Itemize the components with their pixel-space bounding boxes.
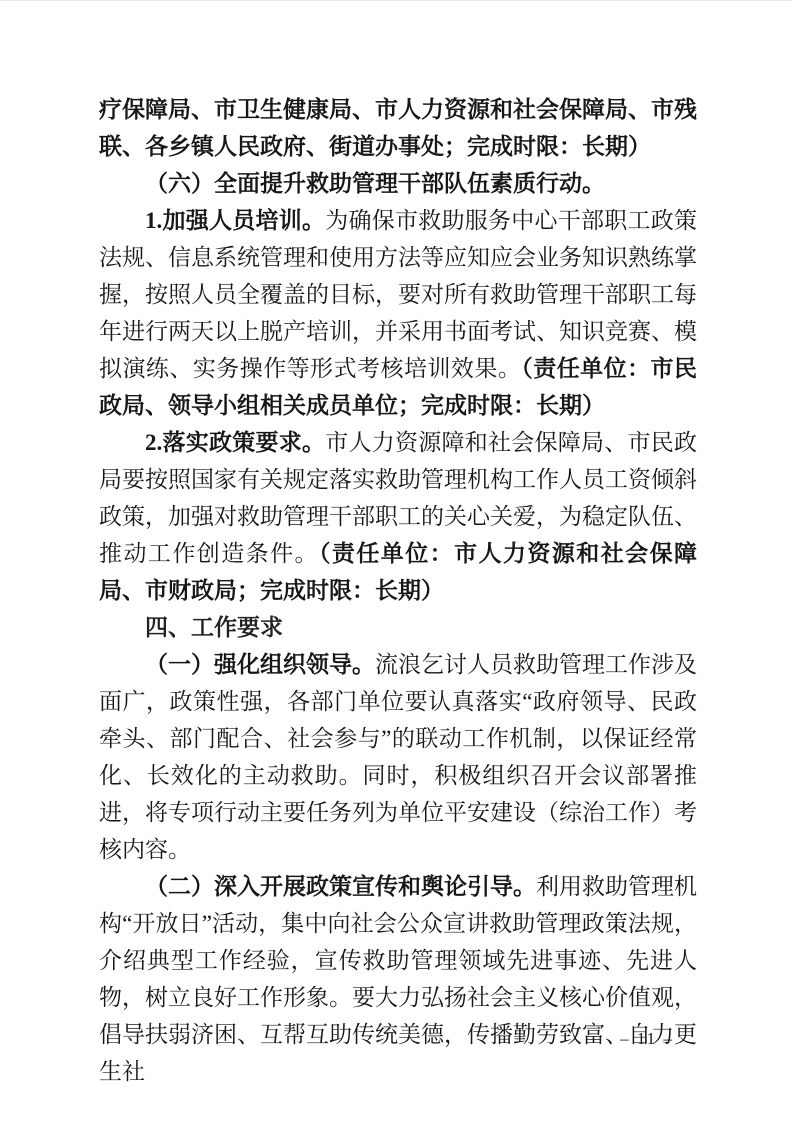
text-segment: 利用救助管理机构“开放日”活动，集中向社会公众宣讲救助管理政策法规，介绍典型工作… [99,874,697,1084]
heading-section-four: 四、工作要求 [99,609,697,646]
text-segment: 1.加强人员培训。 [145,208,325,233]
page-number: – 11 – [612,1029,682,1049]
para-continuation-responsibility: 疗保障局、市卫生健康局、市人力资源和社会保障局、市残联、各乡镇人民政府、街道办事… [99,91,697,165]
para-implement-policy: 2.落实政策要求。市人力资源障和社会保障局、市民政局要按照国家有关规定落实救助管… [99,424,697,609]
para-strengthen-training: 1.加强人员培训。为确保市救助服务中心干部职工政策法规、信息系统管理和使用方法等… [99,202,697,424]
text-segment: 四、工作要求 [145,614,283,640]
text-segment: （一）强化组织领导。 [145,652,375,677]
para-org-leadership: （一）强化组织领导。流浪乞讨人员救助管理工作涉及面广，政策性强，各部门单位要认真… [99,646,697,868]
heading-action-six: （六）全面提升救助管理干部队伍素质行动。 [99,165,697,202]
para-publicity-guidance: （二）深入开展政策宣传和舆论引导。利用救助管理机构“开放日”活动，集中向社会公众… [99,868,697,1090]
document-page: 疗保障局、市卫生健康局、市人力资源和社会保障局、市残联、各乡镇人民政府、街道办事… [0,0,793,1122]
text-segment: 2.落实政策要求。 [145,430,325,455]
text-segment: （二）深入开展政策宣传和舆论引导。 [145,874,536,899]
text-segment: 流浪乞讨人员救助管理工作涉及面广，政策性强，各部门单位要认真落实“政府领导、民政… [99,652,697,862]
document-body: 疗保障局、市卫生健康局、市人力资源和社会保障局、市残联、各乡镇人民政府、街道办事… [99,91,697,1090]
text-segment: 疗保障局、市卫生健康局、市人力资源和社会保障局、市残联、各乡镇人民政府、街道办事… [99,97,697,159]
text-segment: （六）全面提升救助管理干部队伍素质行动。 [145,171,605,196]
